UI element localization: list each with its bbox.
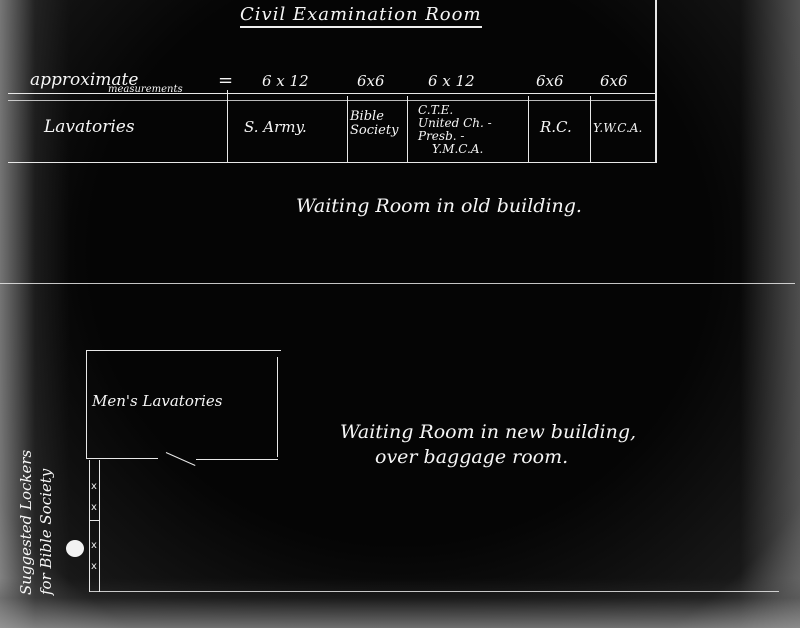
- column-divider: [407, 96, 408, 162]
- cell-line: Society: [350, 124, 398, 138]
- mens-lavatories-label: Men's Lavatories: [92, 392, 222, 410]
- cell-cte-united-presb-ymca: C.T.E. United Ch. - Presb. - Y.M.C.A.: [418, 104, 492, 156]
- cell-line: Y.W.C.A.: [593, 121, 642, 135]
- column-divider: [347, 96, 348, 162]
- table-header-rule-2: [8, 100, 656, 101]
- lower-room-bottom: [89, 591, 779, 592]
- locker-mark: x: [91, 540, 97, 551]
- photo-vignette-right: [740, 0, 800, 628]
- locker-strip-wall: [99, 460, 100, 592]
- suggested-lockers-note: Suggested Lockers for Bible Society: [16, 450, 56, 595]
- cell-line: R.C.: [540, 120, 572, 134]
- photo-vignette-bottom: [0, 578, 800, 628]
- lockers-note-line: for Bible Society: [36, 450, 56, 595]
- document-title: Civil Examination Room: [240, 4, 482, 28]
- locker-divider: [89, 520, 99, 521]
- table-header-rule: [8, 93, 656, 94]
- lower-room-left-wall: [89, 460, 90, 592]
- mens-lavatory-bottom-right: [196, 459, 278, 460]
- measurement-rc: 6x6: [536, 72, 564, 90]
- cell-line: S. Army.: [244, 120, 307, 134]
- lockers-note-line: Suggested Lockers: [16, 450, 36, 595]
- table-right-border: [655, 0, 657, 163]
- door-swing: [166, 452, 196, 466]
- lavatories-label: Lavatories: [44, 117, 135, 137]
- cell-salvation-army: S. Army.: [244, 120, 307, 134]
- cell-bible-society: Bible Society: [350, 110, 398, 138]
- measurement-bible-society: 6x6: [357, 72, 385, 90]
- measurement-salvation-army: 6 x 12: [262, 72, 309, 90]
- mens-lavatory-left: [86, 350, 87, 458]
- cell-ywca: Y.W.C.A.: [593, 121, 642, 135]
- photo-blemish: [66, 540, 84, 557]
- locker-mark: x: [91, 481, 97, 492]
- blueprint-sheet: Civil Examination Room approximate measu…: [0, 0, 800, 628]
- locker-mark: x: [91, 561, 97, 572]
- table-bottom-rule: [8, 162, 656, 163]
- column-divider: [528, 96, 529, 162]
- measurement-cte: 6 x 12: [428, 72, 475, 90]
- measurements-label: measurements: [108, 84, 183, 95]
- cell-rc: R.C.: [540, 120, 572, 134]
- equals-sign: =: [218, 70, 233, 91]
- section-divider: [0, 283, 795, 284]
- locker-mark: x: [91, 502, 97, 513]
- measurement-ywca: 6x6: [600, 72, 628, 90]
- mens-lavatory-top: [86, 350, 281, 351]
- column-divider: [590, 96, 591, 162]
- cell-line: Bible: [350, 110, 398, 124]
- waiting-room-old-note: Waiting Room in old building.: [296, 195, 582, 217]
- waiting-room-new-note-line2: over baggage room.: [375, 446, 568, 468]
- waiting-room-new-note: Waiting Room in new building,: [340, 420, 636, 444]
- cell-line: Y.M.C.A.: [418, 143, 492, 156]
- column-divider: [227, 90, 228, 162]
- mens-lavatory-bottom-left: [86, 458, 158, 459]
- mens-lavatory-right: [277, 357, 278, 457]
